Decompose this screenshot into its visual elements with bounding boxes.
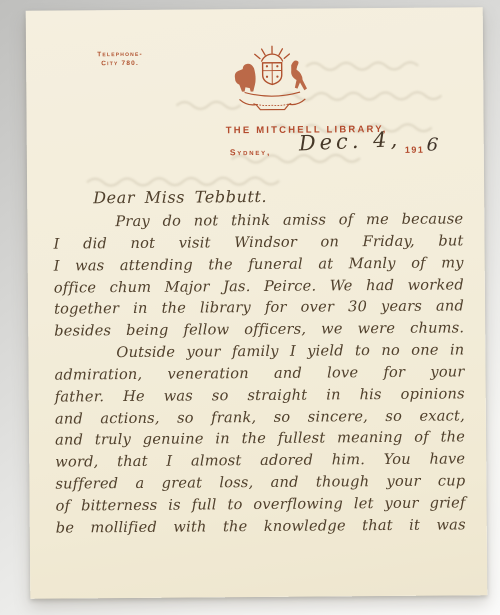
letter-body: Pray do not think amiss of me becauseI d… (53, 208, 466, 539)
handwritten-line: word, that I almost adored him. You have (55, 449, 465, 474)
handwritten-line: and truly genuine in the fullest meaning… (55, 427, 465, 452)
handwritten-line: father. He was so straight in his opinio… (55, 383, 465, 408)
handwritten-line: besides being fellow officers, we were c… (54, 318, 464, 343)
handwritten-date: Dec. 4, (298, 127, 401, 155)
handwritten-line: I did not visit Windsor on Friday, but (53, 230, 463, 255)
handwritten-line: together in the library for over 30 year… (54, 296, 464, 321)
handwritten-line: admiration, veneration and love for your (54, 361, 464, 386)
handwritten-line: suffered a great loss, and though your c… (55, 470, 465, 495)
handwritten-line: and actions, so frank, so sincere, so ex… (55, 405, 465, 430)
handwritten-line: of bitterness is full to overflowing let… (56, 492, 466, 517)
nsw-coat-of-arms-icon (220, 41, 325, 122)
handwritten-line: Pray do not think amiss of me because (53, 208, 463, 233)
handwritten-line: I was attending the funeral at Manly of … (54, 252, 464, 277)
telephone-line2: City 780. (74, 59, 166, 69)
telephone-block: Telephone- City 780. (74, 50, 166, 69)
handwritten-line: be mollified with the knowledge that it … (56, 514, 466, 539)
handwritten-line: office chum Major Jas. Peirce. We had wo… (54, 274, 464, 299)
handwritten-line: Outside your family I yield to no one in (54, 339, 464, 364)
date-line: Sydney, Dec. 4, 191 6 (27, 138, 484, 178)
greeting: Dear Miss Tebbutt. (93, 187, 267, 207)
letter-page: Telephone- City 780. THE MITCHELL LIBRAR… (26, 7, 488, 599)
printed-year-prefix: 191 (405, 145, 425, 155)
city-label: Sydney, (230, 147, 271, 157)
handwritten-year-digit: 6 (426, 134, 439, 156)
